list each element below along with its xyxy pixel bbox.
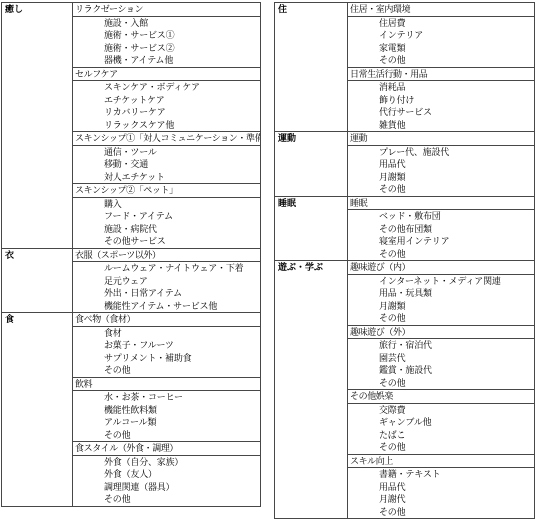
category-section: 食食べ物（食材）食材お菓子・フルーツサプリメント・補助食その他飲料水・お茶・コー… xyxy=(2,312,260,506)
subcategory-item: その他 xyxy=(348,506,534,519)
subcategory-item: 用品・玩具類 xyxy=(348,287,534,300)
category-section: 睡眠睡眠ベッド・敷布団その他布団類寝室用インテリアその他 xyxy=(275,196,534,261)
subcategory-header: 食スタイル（外食・調理） xyxy=(73,442,260,456)
subcategory-column: 衣服（スポーツ以外）ルームウェア・ナイトウェア・下着足元ウェア外出・日常アイテム… xyxy=(73,249,260,313)
subcategory-group: その他娯楽交際費ギャンブル他たばこその他 xyxy=(348,389,534,454)
subcategory-item: 代行サービス xyxy=(348,106,534,119)
subcategory-item: 家電類 xyxy=(348,42,534,55)
subcategory-item: ベッド・敷布団 xyxy=(348,210,534,223)
subcategory-item: リラックスケア他 xyxy=(73,119,260,132)
subcategory-item: インターネット・メディア関連 xyxy=(348,275,534,288)
subcategory-header: 衣服（スポーツ以外） xyxy=(73,249,260,263)
subcategory-item: たばこ xyxy=(348,429,534,442)
subcategory-item: その他 xyxy=(73,493,260,506)
subcategory-group: 食スタイル（外食・調理）外食（自分、家族）外食（友人）調理関連（器具）その他 xyxy=(73,441,260,506)
subcategory-item: 用品代 xyxy=(348,158,534,171)
category-section: 癒しリラクゼーション施設・入館施術・サービス①施術・サービス②器機・アイテム他セ… xyxy=(2,3,260,248)
subcategory-item: その他サービス xyxy=(73,235,260,248)
subcategory-item: 機能性アイテム・サービス他 xyxy=(73,300,260,313)
subcategory-group: スキンシップ①「対人コミュニケーション・準備」通信・ツール移動・交通対人エチケッ… xyxy=(73,131,260,183)
subcategory-item: 移動・交通 xyxy=(73,158,260,171)
subcategory-item: 旅行・宿泊代 xyxy=(348,339,534,352)
table-block-right: 住住居・室内環境住居費インテリア家電類その他日常生活行動・用品消耗品飾り付け代行… xyxy=(274,2,535,519)
subcategory-header: スキンシップ①「対人コミュニケーション・準備」 xyxy=(73,132,260,146)
subcategory-item: リカバリーケア xyxy=(73,106,260,119)
subcategory-item: 外食（友人） xyxy=(73,468,260,481)
subcategory-header: 睡眠 xyxy=(348,197,534,211)
subcategory-column: リラクゼーション施設・入館施術・サービス①施術・サービス②器機・アイテム他セルフ… xyxy=(73,3,260,248)
subcategory-header: スキル向上 xyxy=(348,455,534,469)
subcategory-item: 鑑賞・施設代 xyxy=(348,364,534,377)
subcategory-header: 趣味遊び（外） xyxy=(348,326,534,340)
subcategory-header: 運動 xyxy=(348,132,534,146)
subcategory-item: 月謝代 xyxy=(348,493,534,506)
subcategory-item: 書籍・テキスト xyxy=(348,468,534,481)
subcategory-item: 交際費 xyxy=(348,404,534,417)
category-section: 衣衣服（スポーツ以外）ルームウェア・ナイトウェア・下着足元ウェア外出・日常アイテ… xyxy=(2,248,260,313)
subcategory-item: 園芸代 xyxy=(348,352,534,365)
subcategory-item: 飾り付け xyxy=(348,94,534,107)
subcategory-column: 食べ物（食材）食材お菓子・フルーツサプリメント・補助食その他飲料水・お茶・コーヒ… xyxy=(73,313,260,506)
subcategory-item: 機能性飲料類 xyxy=(73,404,260,417)
subcategory-item: その他 xyxy=(73,429,260,442)
subcategory-group: 飲料水・お茶・コーヒー機能性飲料類アルコール類その他 xyxy=(73,377,260,442)
subcategory-item: その他 xyxy=(348,248,534,261)
subcategory-header: 飲料 xyxy=(73,378,260,392)
subcategory-item: 住居費 xyxy=(348,17,534,30)
category-cell: 遊ぶ・学ぶ xyxy=(275,261,348,518)
category-cell: 住 xyxy=(275,3,348,131)
subcategory-item: ルームウェア・ナイトウェア・下着 xyxy=(73,262,260,275)
subcategory-item: 施術・サービス② xyxy=(73,42,260,55)
subcategory-item: その他 xyxy=(348,312,534,325)
subcategory-item: サプリメント・補助食 xyxy=(73,352,260,365)
category-cell: 運動 xyxy=(275,132,348,196)
subcategory-column: 運動プレー代、施設代用品代月謝類その他 xyxy=(348,132,534,196)
category-cell: 癒し xyxy=(2,3,73,248)
subcategory-item: フード・アイテム xyxy=(73,210,260,223)
subcategory-group: 住居・室内環境住居費インテリア家電類その他 xyxy=(348,3,534,67)
subcategory-item: 食材 xyxy=(73,327,260,340)
table-block-left: 癒しリラクゼーション施設・入館施術・サービス①施術・サービス②器機・アイテム他セ… xyxy=(1,2,261,507)
subcategory-item: その他 xyxy=(348,377,534,390)
subcategory-group: 趣味遊び（外）旅行・宿泊代園芸代鑑賞・施設代その他 xyxy=(348,325,534,390)
subcategory-item: 水・お茶・コーヒー xyxy=(73,391,260,404)
subcategory-item: その他 xyxy=(73,364,260,377)
subcategory-item: 消耗品 xyxy=(348,81,534,94)
subcategory-header: スキンシップ②「ペット」 xyxy=(73,184,260,198)
category-section: 運動運動プレー代、施設代用品代月謝類その他 xyxy=(275,131,534,196)
subcategory-item: 購入 xyxy=(73,198,260,211)
subcategory-item: 通信・ツール xyxy=(73,146,260,159)
subcategory-group: 趣味遊び（内）インターネット・メディア関連用品・玩具類月謝類その他 xyxy=(348,261,534,325)
subcategory-header: 日常生活行動・用品 xyxy=(348,68,534,82)
subcategory-item: 足元ウェア xyxy=(73,275,260,288)
subcategory-item: その他 xyxy=(348,183,534,196)
subcategory-group: 衣服（スポーツ以外）ルームウェア・ナイトウェア・下着足元ウェア外出・日常アイテム… xyxy=(73,249,260,313)
subcategory-item: その他 xyxy=(348,441,534,454)
subcategory-item: 施設・入館 xyxy=(73,17,260,30)
subcategory-group: セルフケアスキンケア・ボディケアエチケットケアリカバリーケアリラックスケア他 xyxy=(73,67,260,132)
subcategory-group: 日常生活行動・用品消耗品飾り付け代行サービス雑貨他 xyxy=(348,67,534,132)
subcategory-item: 用品代 xyxy=(348,481,534,494)
subcategory-item: インテリア xyxy=(348,29,534,42)
subcategory-header: その他娯楽 xyxy=(348,390,534,404)
subcategory-item: 調理関連（器具） xyxy=(73,481,260,494)
subcategory-item: 寝室用インテリア xyxy=(348,235,534,248)
subcategory-item: エチケットケア xyxy=(73,94,260,107)
category-cell: 食 xyxy=(2,313,73,506)
subcategory-item: 月謝類 xyxy=(348,300,534,313)
category-table: 癒しリラクゼーション施設・入館施術・サービス①施術・サービス②器機・アイテム他セ… xyxy=(0,0,536,519)
subcategory-item: 施設・病院代 xyxy=(73,223,260,236)
subcategory-column: 住居・室内環境住居費インテリア家電類その他日常生活行動・用品消耗品飾り付け代行サ… xyxy=(348,3,534,131)
subcategory-group: リラクゼーション施設・入館施術・サービス①施術・サービス②器機・アイテム他 xyxy=(73,3,260,67)
subcategory-header: リラクゼーション xyxy=(73,3,260,17)
category-section: 住住居・室内環境住居費インテリア家電類その他日常生活行動・用品消耗品飾り付け代行… xyxy=(275,3,534,131)
subcategory-item: 外食（自分、家族） xyxy=(73,456,260,469)
category-cell: 衣 xyxy=(2,249,73,313)
category-cell: 睡眠 xyxy=(275,197,348,261)
subcategory-item: 器機・アイテム他 xyxy=(73,54,260,67)
subcategory-group: スキル向上書籍・テキスト用品代月謝代その他 xyxy=(348,454,534,519)
subcategory-group: 睡眠ベッド・敷布団その他布団類寝室用インテリアその他 xyxy=(348,197,534,261)
category-section: 遊ぶ・学ぶ趣味遊び（内）インターネット・メディア関連用品・玩具類月謝類その他趣味… xyxy=(275,260,534,518)
subcategory-item: プレー代、施設代 xyxy=(348,146,534,159)
subcategory-item: ギャンブル他 xyxy=(348,416,534,429)
subcategory-item: 対人エチケット xyxy=(73,171,260,184)
subcategory-item: アルコール類 xyxy=(73,416,260,429)
subcategory-item: スキンケア・ボディケア xyxy=(73,81,260,94)
subcategory-group: スキンシップ②「ペット」購入フード・アイテム施設・病院代その他サービス xyxy=(73,183,260,248)
subcategory-item: その他 xyxy=(348,54,534,67)
subcategory-item: お菓子・フルーツ xyxy=(73,339,260,352)
subcategory-item: 月謝類 xyxy=(348,171,534,184)
subcategory-header: 住居・室内環境 xyxy=(348,3,534,17)
subcategory-group: 運動プレー代、施設代用品代月謝類その他 xyxy=(348,132,534,196)
subcategory-group: 食べ物（食材）食材お菓子・フルーツサプリメント・補助食その他 xyxy=(73,313,260,377)
subcategory-column: 趣味遊び（内）インターネット・メディア関連用品・玩具類月謝類その他趣味遊び（外）… xyxy=(348,261,534,518)
subcategory-item: 施術・サービス① xyxy=(73,29,260,42)
subcategory-item: 外出・日常アイテム xyxy=(73,287,260,300)
subcategory-header: 趣味遊び（内） xyxy=(348,261,534,275)
subcategory-item: 雑貨他 xyxy=(348,119,534,132)
subcategory-header: 食べ物（食材） xyxy=(73,313,260,327)
subcategory-item: その他布団類 xyxy=(348,223,534,236)
subcategory-header: セルフケア xyxy=(73,68,260,82)
subcategory-column: 睡眠ベッド・敷布団その他布団類寝室用インテリアその他 xyxy=(348,197,534,261)
